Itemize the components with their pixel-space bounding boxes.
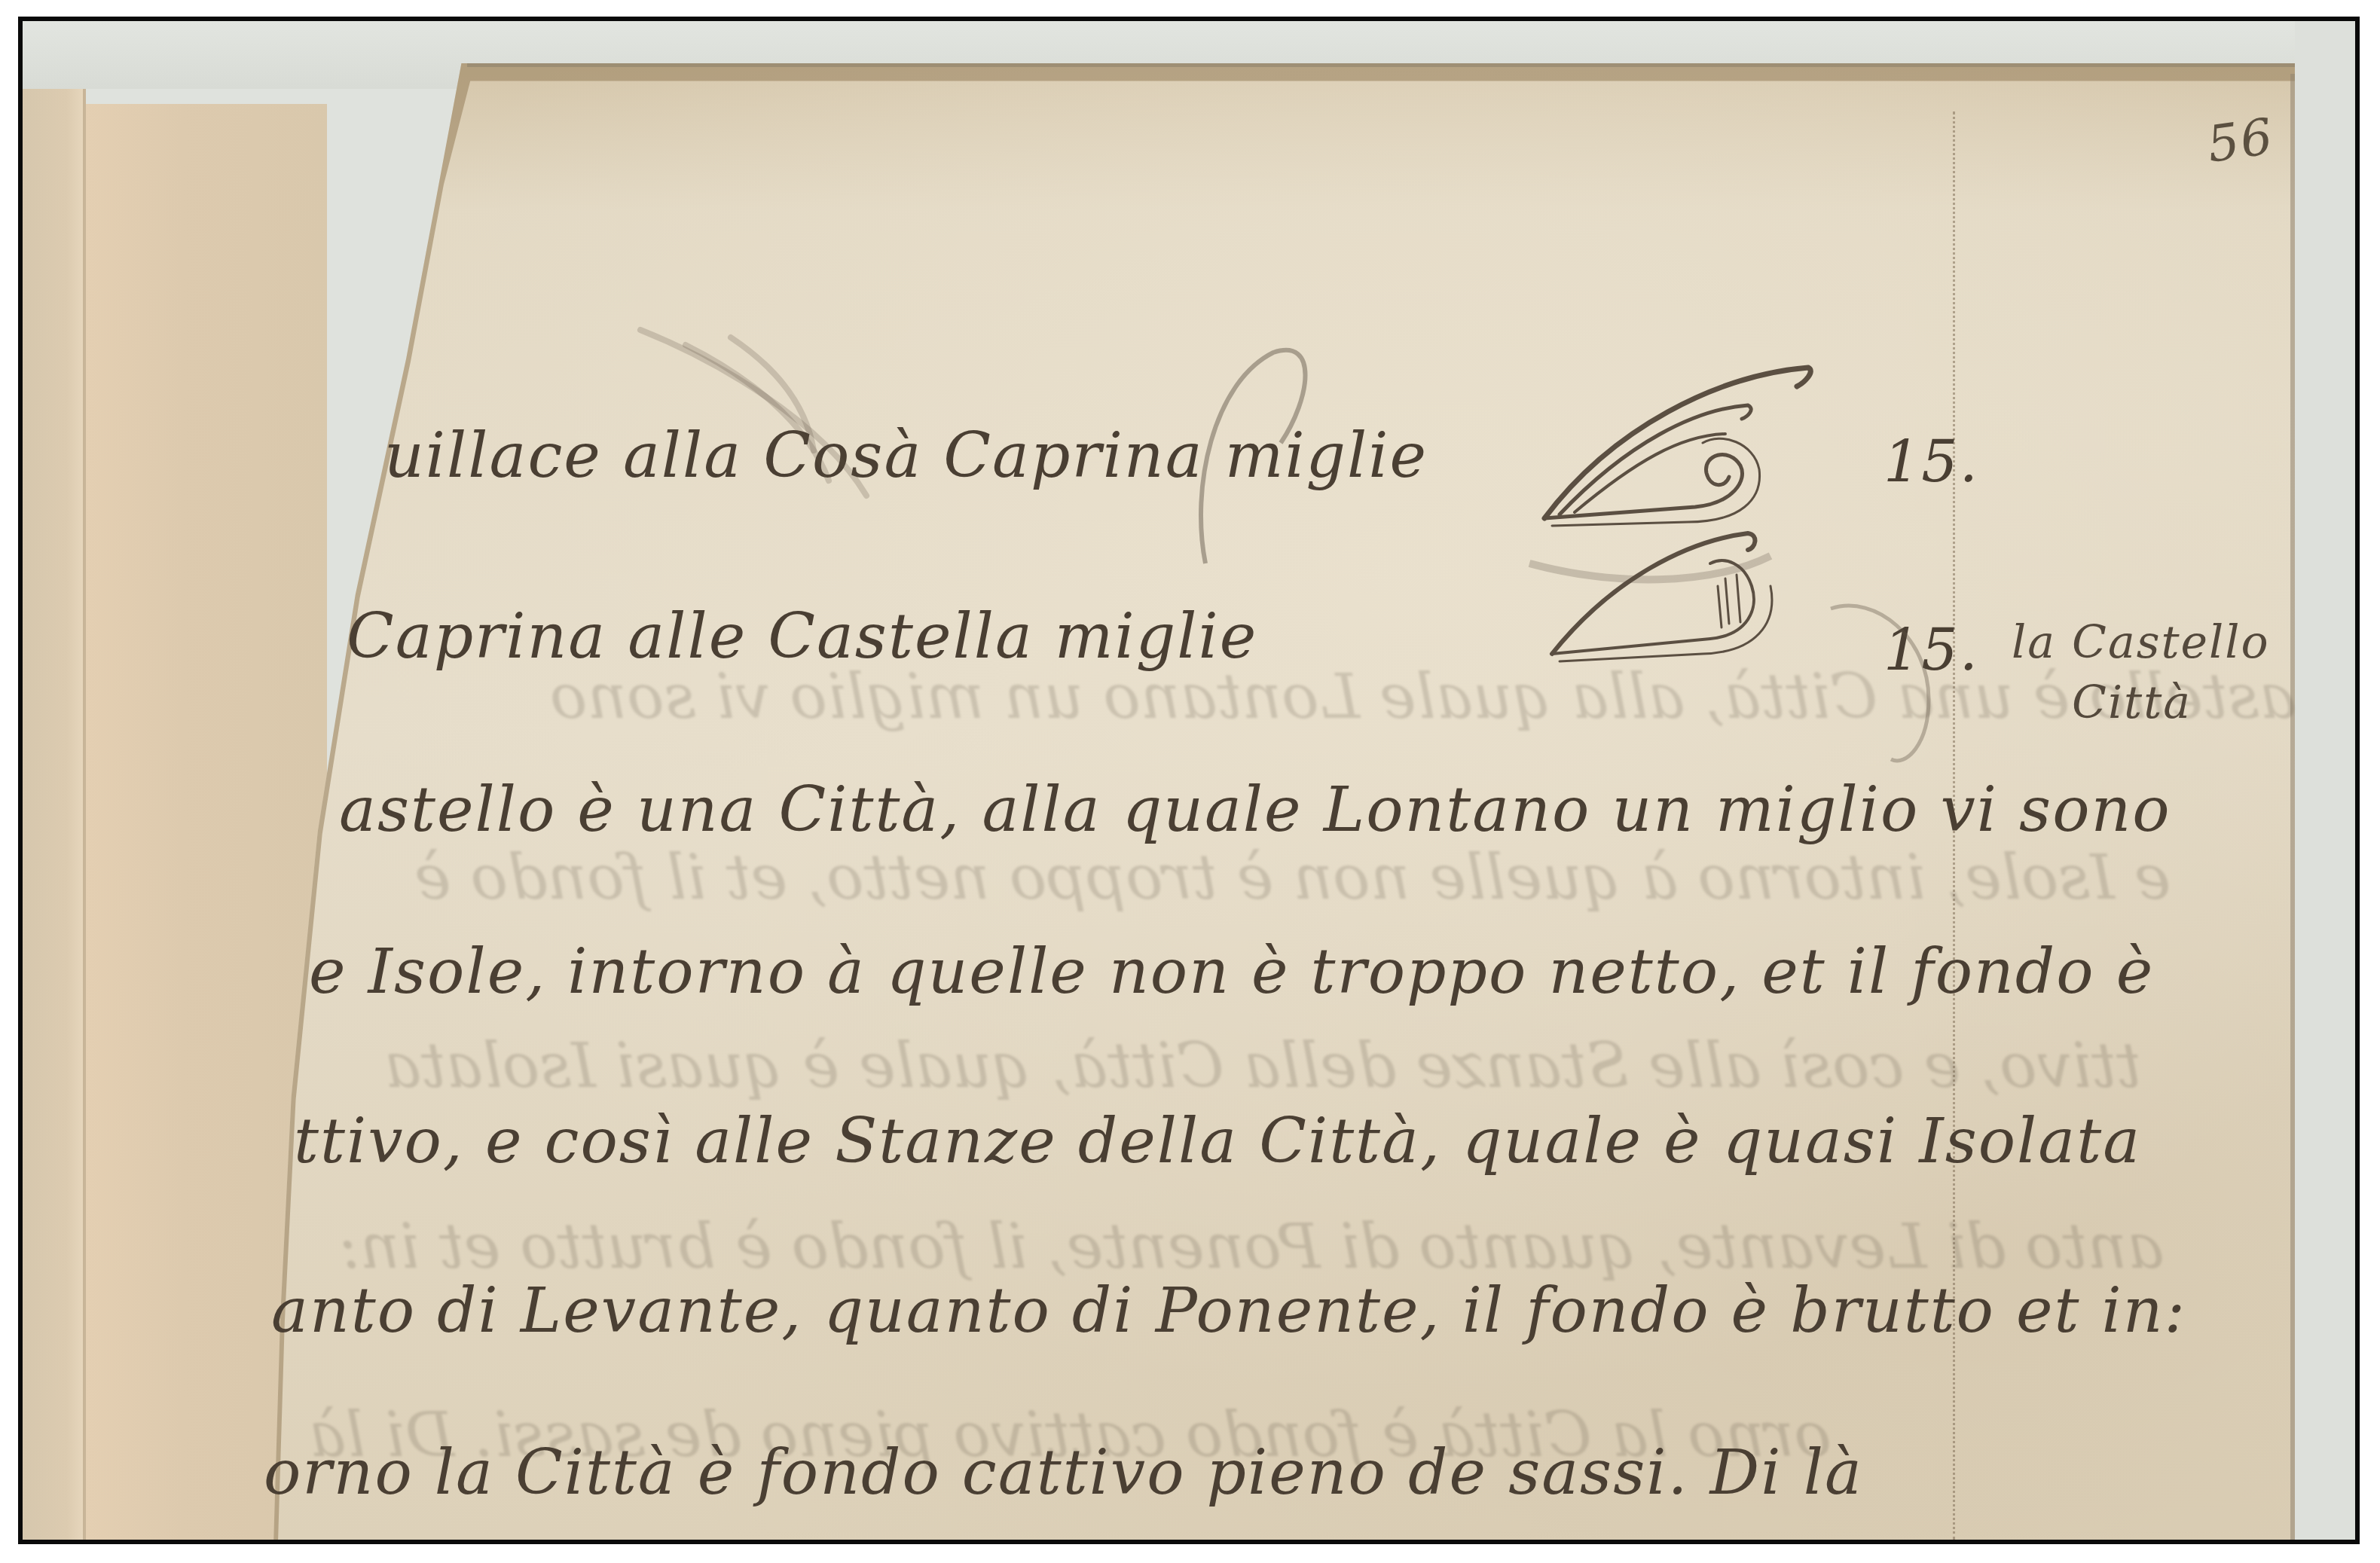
mount-board-right [2295, 21, 2355, 1540]
manuscript-line-6: anto di Levante, quanto di Ponente, il f… [271, 1275, 2186, 1347]
ghost-flourish-icon [625, 315, 1002, 511]
verso-page-edge [23, 89, 86, 1540]
page-right-edge [2290, 74, 2295, 1540]
manuscript-line-3: astello è una Città, alla quale Lontano … [339, 774, 2171, 846]
bleed-through-text: e Isole, intorno à quelle non è troppo n… [414, 842, 2171, 914]
margin-note-line-1: la Castello [2012, 616, 2270, 669]
manuscript-line-5: ttivo, e così alle Stanze della Città, q… [294, 1106, 2141, 1177]
folio-number: 56 [2204, 107, 2278, 173]
ascender-loop-icon [1183, 337, 1334, 578]
descender-loop-icon [1816, 594, 1951, 774]
manuscript-line-2: Caprina alle Castella miglie [347, 601, 1257, 673]
manuscript-line-7: orno la Città è fondo cattivo pieno de s… [264, 1437, 1863, 1509]
page-top-edge [467, 63, 2295, 67]
bleed-through-text: ttivo, e così alle Stanze della Città, q… [384, 1030, 2141, 1102]
margin-note-line-2: Città [2072, 676, 2192, 729]
bleed-through-text: anto di Levante, quanto di Ponente, il f… [339, 1211, 2164, 1283]
scan-frame: 56 astello è una Città, alla quale Lonta… [18, 17, 2360, 1544]
manuscript-line-4: e Isole, intorno à quelle non è troppo n… [309, 936, 2154, 1008]
